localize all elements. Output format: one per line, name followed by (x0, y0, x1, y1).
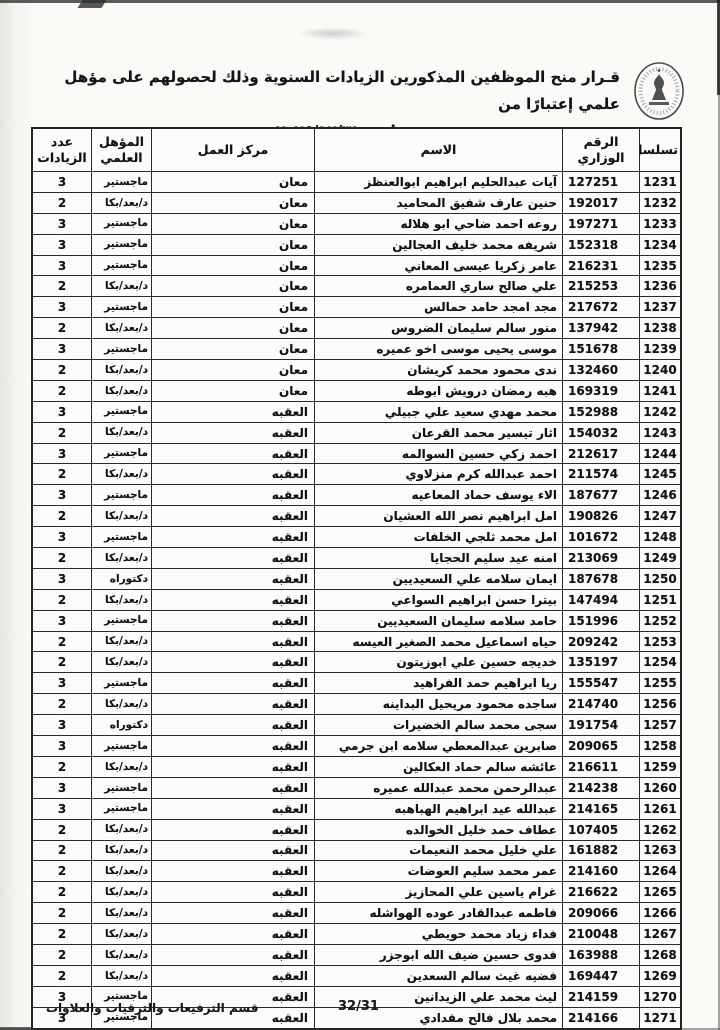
table-row: 1268163988فدوى حسين ضيف الله ابوجزرالعقب… (32, 944, 681, 965)
cell-ministry_no: 209065 (563, 736, 640, 757)
cell-name: منور سالم سليمان الضروس (315, 318, 563, 339)
cell-ministry_no: 190826 (563, 506, 640, 527)
column-header-1: الرقم الوزاري (563, 128, 640, 172)
cell-increments: 2 (32, 819, 92, 840)
cell-name: عائشه سالم حماد العكالين (315, 756, 563, 777)
cell-name: روعه احمد ضاحي ابو هلاله (315, 213, 563, 234)
cell-serial: 1235 (640, 255, 682, 276)
cell-name: الاء يوسف حماد المعاعيه (315, 485, 563, 506)
cell-qualification: ماجستير (92, 485, 152, 506)
cell-increments: 3 (32, 401, 92, 422)
cell-ministry_no: 161882 (563, 840, 640, 861)
cell-qualification: ماجستير (92, 297, 152, 318)
table-row: 1252151996حامد سلامه سليمان السعيديينالع… (32, 610, 681, 631)
cell-name: ايمان سلامه علي السعيديين (315, 568, 563, 589)
cell-serial: 1255 (640, 673, 682, 694)
cell-ministry_no: 127251 (563, 172, 640, 193)
cell-ministry_no: 192017 (563, 192, 640, 213)
cell-ministry_no: 213069 (563, 548, 640, 569)
cell-increments: 2 (32, 756, 92, 777)
cell-name: علي صالح ساري العمامره (315, 276, 563, 297)
cell-serial: 1263 (640, 840, 682, 861)
cell-work_center: معان (152, 234, 315, 255)
cell-work_center: العقبه (152, 965, 315, 986)
cell-serial: 1241 (640, 380, 682, 401)
table-row: 1245211574احمد عبدالله كرم منزلاويالعقبه… (32, 464, 681, 485)
cell-work_center: العقبه (152, 506, 315, 527)
cell-serial: 1254 (640, 652, 682, 673)
cell-serial: 1258 (640, 736, 682, 757)
cell-work_center: معان (152, 255, 315, 276)
cell-work_center: معان (152, 360, 315, 381)
cell-ministry_no: 217672 (563, 297, 640, 318)
cell-ministry_no: 152318 (563, 234, 640, 255)
cell-increments: 3 (32, 172, 92, 193)
cell-ministry_no: 107405 (563, 819, 640, 840)
cell-serial: 1231 (640, 172, 682, 193)
table-row: 1239151678موسى يحيى موسى اخو عميرهمعانما… (32, 339, 681, 360)
cell-increments: 2 (32, 276, 92, 297)
cell-name: فضيه غيث سالم السعدين (315, 965, 563, 986)
cell-serial: 1238 (640, 318, 682, 339)
table-row: 1240132460ندى محمود محمد كريشانمعاند/بعد… (32, 360, 681, 381)
cell-work_center: العقبه (152, 652, 315, 673)
table-row: 1266209066فاطمه عبدالقادر عوده الهواشلها… (32, 903, 681, 924)
cell-serial: 1244 (640, 443, 682, 464)
cell-increments: 3 (32, 213, 92, 234)
cell-serial: 1270 (640, 986, 682, 1007)
table-row: 1267210048فداء زياد محمد حويطيالعقبهد/بع… (32, 924, 681, 945)
cell-qualification: د/بعد/بكا (92, 861, 152, 882)
cell-name: ساجده محمود مريحيل البداينه (315, 694, 563, 715)
table-row: 1253209242حياه اسماعيل محمد الصغير العيس… (32, 631, 681, 652)
table-row: 1246187677الاء يوسف حماد المعاعيهالعقبهم… (32, 485, 681, 506)
cell-serial: 1245 (640, 464, 682, 485)
cell-name: اثار تيسير محمد القرعان (315, 422, 563, 443)
column-header-4: المؤهل العلمي (92, 128, 152, 172)
cell-qualification: د/بعد/بكا (92, 819, 152, 840)
table-row: 1257191754سجى محمد سالم الخضيراتالعقبهدك… (32, 715, 681, 736)
cell-ministry_no: 187677 (563, 485, 640, 506)
cell-name: حياه اسماعيل محمد الصغير العيسه (315, 631, 563, 652)
cell-name: فاطمه عبدالقادر عوده الهواشله (315, 903, 563, 924)
cell-work_center: العقبه (152, 443, 315, 464)
cell-serial: 1271 (640, 1007, 682, 1028)
cell-work_center: العقبه (152, 485, 315, 506)
cell-work_center: العقبه (152, 631, 315, 652)
cell-name: هبه رمضان درويش ابوطه (315, 380, 563, 401)
cell-qualification: ماجستير (92, 339, 152, 360)
cell-increments: 2 (32, 192, 92, 213)
cell-name: امنه عيد سليم الحجايا (315, 548, 563, 569)
cell-serial: 1232 (640, 192, 682, 213)
cell-increments: 3 (32, 485, 92, 506)
cell-ministry_no: 210048 (563, 924, 640, 945)
employees-table: تسلسلالرقم الوزاريالاسممركز العملالمؤهل … (31, 127, 682, 1030)
cell-serial: 1264 (640, 861, 682, 882)
cell-ministry_no: 135197 (563, 652, 640, 673)
cell-increments: 2 (32, 694, 92, 715)
cell-ministry_no: 151996 (563, 610, 640, 631)
cell-increments: 3 (32, 234, 92, 255)
cell-name: عبدالرحمن محمد عبدالله عميره (315, 777, 563, 798)
cell-ministry_no: 212617 (563, 443, 640, 464)
cell-serial: 1242 (640, 401, 682, 422)
cell-qualification: ماجستير (92, 610, 152, 631)
scan-artifact-blob (78, 0, 107, 8)
cell-qualification: د/بعد/بكا (92, 965, 152, 986)
cell-qualification: د/بعد/بكا (92, 924, 152, 945)
table-row: 1263161882علي خليل محمد النعيماتالعقبهد/… (32, 840, 681, 861)
cell-work_center: العقبه (152, 548, 315, 569)
table-row: 1247190826امل ابراهيم نصر الله العشيانال… (32, 506, 681, 527)
cell-qualification: ماجستير (92, 736, 152, 757)
cell-increments: 2 (32, 903, 92, 924)
cell-name: امل ابراهيم نصر الله العشيان (315, 506, 563, 527)
table-row: 1236215253علي صالح ساري العمامرهمعاند/بع… (32, 276, 681, 297)
table-row: 1250187678ايمان سلامه علي السعيديينالعقب… (32, 568, 681, 589)
cell-work_center: معان (152, 213, 315, 234)
cell-name: سجى محمد سالم الخضيرات (315, 715, 563, 736)
cell-serial: 1237 (640, 297, 682, 318)
cell-ministry_no: 209066 (563, 903, 640, 924)
table-row: 1231127251آيات عبدالحليم ابراهيم ابوالعن… (32, 172, 681, 193)
cell-serial: 1259 (640, 756, 682, 777)
cell-increments: 3 (32, 568, 92, 589)
table-row: 1261214165عبدالله عيد ابراهيم الهباهبهال… (32, 798, 681, 819)
cell-qualification: د/بعد/بكا (92, 903, 152, 924)
cell-qualification: د/بعد/بكا (92, 318, 152, 339)
cell-qualification: د/بعد/بكا (92, 840, 152, 861)
footer-department: قسم الترفيعات والترقيات والعلاوات (46, 1001, 258, 1015)
cell-name: حنين عارف شفيق المحاميد (315, 192, 563, 213)
cell-qualification: د/بعد/بكا (92, 464, 152, 485)
cell-increments: 3 (32, 527, 92, 548)
cell-work_center: معان (152, 172, 315, 193)
cell-ministry_no: 214160 (563, 861, 640, 882)
cell-name: علي خليل محمد النعيمات (315, 840, 563, 861)
cell-increments: 2 (32, 944, 92, 965)
cell-ministry_no: 152988 (563, 401, 640, 422)
cell-increments: 2 (32, 631, 92, 652)
cell-serial: 1261 (640, 798, 682, 819)
cell-name: ريا ابراهيم حمد الفراهيد (315, 673, 563, 694)
cell-serial: 1246 (640, 485, 682, 506)
cell-serial: 1250 (640, 568, 682, 589)
cell-increments: 3 (32, 798, 92, 819)
cell-serial: 1240 (640, 360, 682, 381)
cell-ministry_no: 216611 (563, 756, 640, 777)
cell-ministry_no: 214238 (563, 777, 640, 798)
cell-serial: 1267 (640, 924, 682, 945)
cell-work_center: العقبه (152, 694, 315, 715)
cell-name: عامر زكريا عيسى المعاني (315, 255, 563, 276)
cell-increments: 2 (32, 924, 92, 945)
ministry-emblem-icon (630, 60, 686, 126)
cell-name: موسى يحيى موسى اخو عميره (315, 339, 563, 360)
cell-serial: 1269 (640, 965, 682, 986)
decree-title-line1: قـرار منح الموظفين المذكورين الزيادات ال… (58, 64, 620, 118)
column-header-3: مركز العمل (152, 128, 315, 172)
cell-work_center: العقبه (152, 944, 315, 965)
cell-qualification: د/بعد/بكا (92, 944, 152, 965)
column-header-2: الاسم (315, 128, 563, 172)
cell-qualification: ماجستير (92, 777, 152, 798)
cell-qualification: ماجستير (92, 172, 152, 193)
cell-name: احمد عبدالله كرم منزلاوي (315, 464, 563, 485)
cell-serial: 1251 (640, 589, 682, 610)
cell-ministry_no: 163988 (563, 944, 640, 965)
cell-work_center: العقبه (152, 756, 315, 777)
cell-serial: 1249 (640, 548, 682, 569)
scan-smudge (298, 27, 368, 40)
cell-name: عمر محمد سليم العوضات (315, 861, 563, 882)
cell-increments: 3 (32, 610, 92, 631)
cell-serial: 1268 (640, 944, 682, 965)
cell-ministry_no: 215253 (563, 276, 640, 297)
table-row: 1265216622غرام ياسين علي المحازيزالعقبهد… (32, 882, 681, 903)
cell-work_center: العقبه (152, 464, 315, 485)
column-header-5: عدد الزيادات (32, 128, 92, 172)
table-row: 1251147494بيترا حسن ابراهيم السواعيالعقب… (32, 589, 681, 610)
cell-qualification: د/بعد/بكا (92, 276, 152, 297)
table-row: 1258209065صابرين عبدالمعطي سلامه ابن جرم… (32, 736, 681, 757)
cell-name: احمد زكي حسين السوالمه (315, 443, 563, 464)
cell-serial: 1265 (640, 882, 682, 903)
cell-qualification: ماجستير (92, 401, 152, 422)
cell-serial: 1262 (640, 819, 682, 840)
cell-work_center: العقبه (152, 882, 315, 903)
table-header-row: تسلسلالرقم الوزاريالاسممركز العملالمؤهل … (32, 128, 681, 172)
cell-ministry_no: 191754 (563, 715, 640, 736)
cell-ministry_no: 216231 (563, 255, 640, 276)
cell-work_center: معان (152, 380, 315, 401)
cell-ministry_no: 211574 (563, 464, 640, 485)
cell-qualification: د/بعد/بكا (92, 360, 152, 381)
table-row: 1264214160عمر محمد سليم العوضاتالعقبهد/ب… (32, 861, 681, 882)
cell-work_center: معان (152, 339, 315, 360)
cell-increments: 2 (32, 589, 92, 610)
cell-ministry_no: 209242 (563, 631, 640, 652)
cell-name: حامد سلامه سليمان السعيديين (315, 610, 563, 631)
cell-ministry_no: 155547 (563, 673, 640, 694)
table-head: تسلسلالرقم الوزاريالاسممركز العملالمؤهل … (32, 128, 681, 172)
cell-ministry_no: 137942 (563, 318, 640, 339)
cell-ministry_no: 169447 (563, 965, 640, 986)
table-row: 1232192017حنين عارف شفيق المحاميدمعاند/ب… (32, 192, 681, 213)
cell-work_center: معان (152, 276, 315, 297)
cell-qualification: د/بعد/بكا (92, 422, 152, 443)
cell-ministry_no: 216622 (563, 882, 640, 903)
table-body: 1231127251آيات عبدالحليم ابراهيم ابوالعن… (32, 172, 681, 1029)
cell-work_center: العقبه (152, 861, 315, 882)
cell-work_center: معان (152, 318, 315, 339)
cell-name: آيات عبدالحليم ابراهيم ابوالعنظز (315, 172, 563, 193)
cell-ministry_no: 147494 (563, 589, 640, 610)
cell-name: خديجه حسين علي ابوزيتون (315, 652, 563, 673)
cell-ministry_no: 214165 (563, 798, 640, 819)
table-row: 1269169447فضيه غيث سالم السعدينالعقبهد/ب… (32, 965, 681, 986)
cell-work_center: العقبه (152, 903, 315, 924)
table-row: 1254135197خديجه حسين علي ابوزيتونالعقبهد… (32, 652, 681, 673)
cell-increments: 3 (32, 777, 92, 798)
cell-serial: 1248 (640, 527, 682, 548)
table-row: 1235216231عامر زكريا عيسى المعانيمعانماج… (32, 255, 681, 276)
cell-qualification: د/بعد/بكا (92, 380, 152, 401)
cell-serial: 1243 (640, 422, 682, 443)
cell-work_center: العقبه (152, 736, 315, 757)
cell-increments: 2 (32, 422, 92, 443)
cell-qualification: دكتوراه (92, 568, 152, 589)
cell-ministry_no: 151678 (563, 339, 640, 360)
table-row: 1234152318شريفه محمد خليف العجالينمعانما… (32, 234, 681, 255)
scanned-document-page: قـرار منح الموظفين المذكورين الزيادات ال… (0, 0, 720, 1030)
cell-increments: 2 (32, 548, 92, 569)
cell-work_center: العقبه (152, 401, 315, 422)
cell-name: عبدالله عيد ابراهيم الهباهبه (315, 798, 563, 819)
cell-name: فداء زياد محمد حويطي (315, 924, 563, 945)
table-row: 1233197271روعه احمد ضاحي ابو هلالهمعانما… (32, 213, 681, 234)
footer-page-number: 32/31 (338, 999, 379, 1014)
cell-increments: 2 (32, 861, 92, 882)
cell-qualification: ماجستير (92, 213, 152, 234)
cell-qualification: د/بعد/بكا (92, 589, 152, 610)
cell-serial: 1233 (640, 213, 682, 234)
cell-serial: 1236 (640, 276, 682, 297)
cell-increments: 3 (32, 715, 92, 736)
cell-increments: 2 (32, 380, 92, 401)
cell-qualification: دكتوراه (92, 715, 152, 736)
cell-work_center: معان (152, 192, 315, 213)
table-row: 1262107405عطاف حمد خليل الخوالدهالعقبهد/… (32, 819, 681, 840)
cell-increments: 3 (32, 736, 92, 757)
cell-qualification: ماجستير (92, 527, 152, 548)
cell-ministry_no: 197271 (563, 213, 640, 234)
cell-serial: 1234 (640, 234, 682, 255)
cell-serial: 1252 (640, 610, 682, 631)
cell-work_center: العقبه (152, 798, 315, 819)
cell-increments: 3 (32, 673, 92, 694)
cell-increments: 2 (32, 840, 92, 861)
cell-ministry_no: 132460 (563, 360, 640, 381)
cell-name: غرام ياسين علي المحازيز (315, 882, 563, 903)
cell-serial: 1253 (640, 631, 682, 652)
column-header-0: تسلسل (640, 128, 682, 172)
cell-ministry_no: 154032 (563, 422, 640, 443)
cell-work_center: العقبه (152, 840, 315, 861)
table-row: 1242152988محمد مهدي سعيد علي جبيليالعقبه… (32, 401, 681, 422)
cell-ministry_no: 214159 (563, 986, 640, 1007)
cell-qualification: ماجستير (92, 234, 152, 255)
table-row: 1243154032اثار تيسير محمد القرعانالعقبهد… (32, 422, 681, 443)
cell-increments: 2 (32, 965, 92, 986)
cell-qualification: ماجستير (92, 443, 152, 464)
cell-name: بيترا حسن ابراهيم السواعي (315, 589, 563, 610)
cell-name: عطاف حمد خليل الخوالده (315, 819, 563, 840)
cell-increments: 2 (32, 882, 92, 903)
cell-increments: 3 (32, 339, 92, 360)
cell-qualification: د/بعد/بكا (92, 882, 152, 903)
cell-qualification: د/بعد/بكا (92, 631, 152, 652)
cell-work_center: العقبه (152, 589, 315, 610)
cell-serial: 1257 (640, 715, 682, 736)
scan-edge-top (0, 0, 720, 3)
cell-serial: 1247 (640, 506, 682, 527)
cell-increments: 2 (32, 318, 92, 339)
cell-increments: 3 (32, 443, 92, 464)
cell-name: فدوى حسين ضيف الله ابوجزر (315, 944, 563, 965)
table-row: 1249213069امنه عيد سليم الحجاياالعقبهد/ب… (32, 548, 681, 569)
cell-name: صابرين عبدالمعطي سلامه ابن جرمي (315, 736, 563, 757)
table-row: 1238137942منور سالم سليمان الضروسمعاند/ب… (32, 318, 681, 339)
cell-increments: 2 (32, 652, 92, 673)
table-row: 1255155547ريا ابراهيم حمد الفراهيدالعقبه… (32, 673, 681, 694)
cell-work_center: العقبه (152, 777, 315, 798)
table-row: 1237217672مجد امجد حامد حمالسمعانماجستير… (32, 297, 681, 318)
cell-serial: 1256 (640, 694, 682, 715)
cell-work_center: العقبه (152, 924, 315, 945)
table-row: 1256214740ساجده محمود مريحيل البداينهالع… (32, 694, 681, 715)
cell-qualification: د/بعد/بكا (92, 652, 152, 673)
table-row: 1260214238عبدالرحمن محمد عبدالله عميرهال… (32, 777, 681, 798)
cell-work_center: العقبه (152, 610, 315, 631)
cell-serial: 1266 (640, 903, 682, 924)
cell-ministry_no: 169319 (563, 380, 640, 401)
cell-qualification: ماجستير (92, 798, 152, 819)
cell-qualification: د/بعد/بكا (92, 506, 152, 527)
cell-work_center: العقبه (152, 527, 315, 548)
cell-increments: 3 (32, 255, 92, 276)
cell-increments: 2 (32, 360, 92, 381)
cell-qualification: د/بعد/بكا (92, 756, 152, 777)
cell-work_center: العقبه (152, 568, 315, 589)
cell-qualification: ماجستير (92, 255, 152, 276)
table-row: 1248101672امل محمد ثلجي الخلفاتالعقبهماج… (32, 527, 681, 548)
cell-qualification: ماجستير (92, 673, 152, 694)
cell-increments: 2 (32, 464, 92, 485)
cell-name: محمد مهدي سعيد علي جبيلي (315, 401, 563, 422)
cell-qualification: د/بعد/بكا (92, 192, 152, 213)
cell-work_center: معان (152, 297, 315, 318)
cell-ministry_no: 187678 (563, 568, 640, 589)
cell-work_center: العقبه (152, 422, 315, 443)
cell-qualification: د/بعد/بكا (92, 548, 152, 569)
cell-work_center: العقبه (152, 673, 315, 694)
cell-name: مجد امجد حامد حمالس (315, 297, 563, 318)
cell-increments: 3 (32, 297, 92, 318)
cell-ministry_no: 214166 (563, 1007, 640, 1028)
cell-serial: 1260 (640, 777, 682, 798)
cell-increments: 2 (32, 506, 92, 527)
cell-work_center: العقبه (152, 715, 315, 736)
cell-name: شريفه محمد خليف العجالين (315, 234, 563, 255)
table-row: 1259216611عائشه سالم حماد العكالينالعقبه… (32, 756, 681, 777)
cell-work_center: العقبه (152, 819, 315, 840)
cell-qualification: د/بعد/بكا (92, 694, 152, 715)
cell-serial: 1239 (640, 339, 682, 360)
table-row: 1244212617احمد زكي حسين السوالمهالعقبهما… (32, 443, 681, 464)
table-row: 1241169319هبه رمضان درويش ابوطهمعاند/بعد… (32, 380, 681, 401)
cell-name: ندى محمود محمد كريشان (315, 360, 563, 381)
cell-ministry_no: 214740 (563, 694, 640, 715)
cell-ministry_no: 101672 (563, 527, 640, 548)
cell-name: امل محمد ثلجي الخلفات (315, 527, 563, 548)
